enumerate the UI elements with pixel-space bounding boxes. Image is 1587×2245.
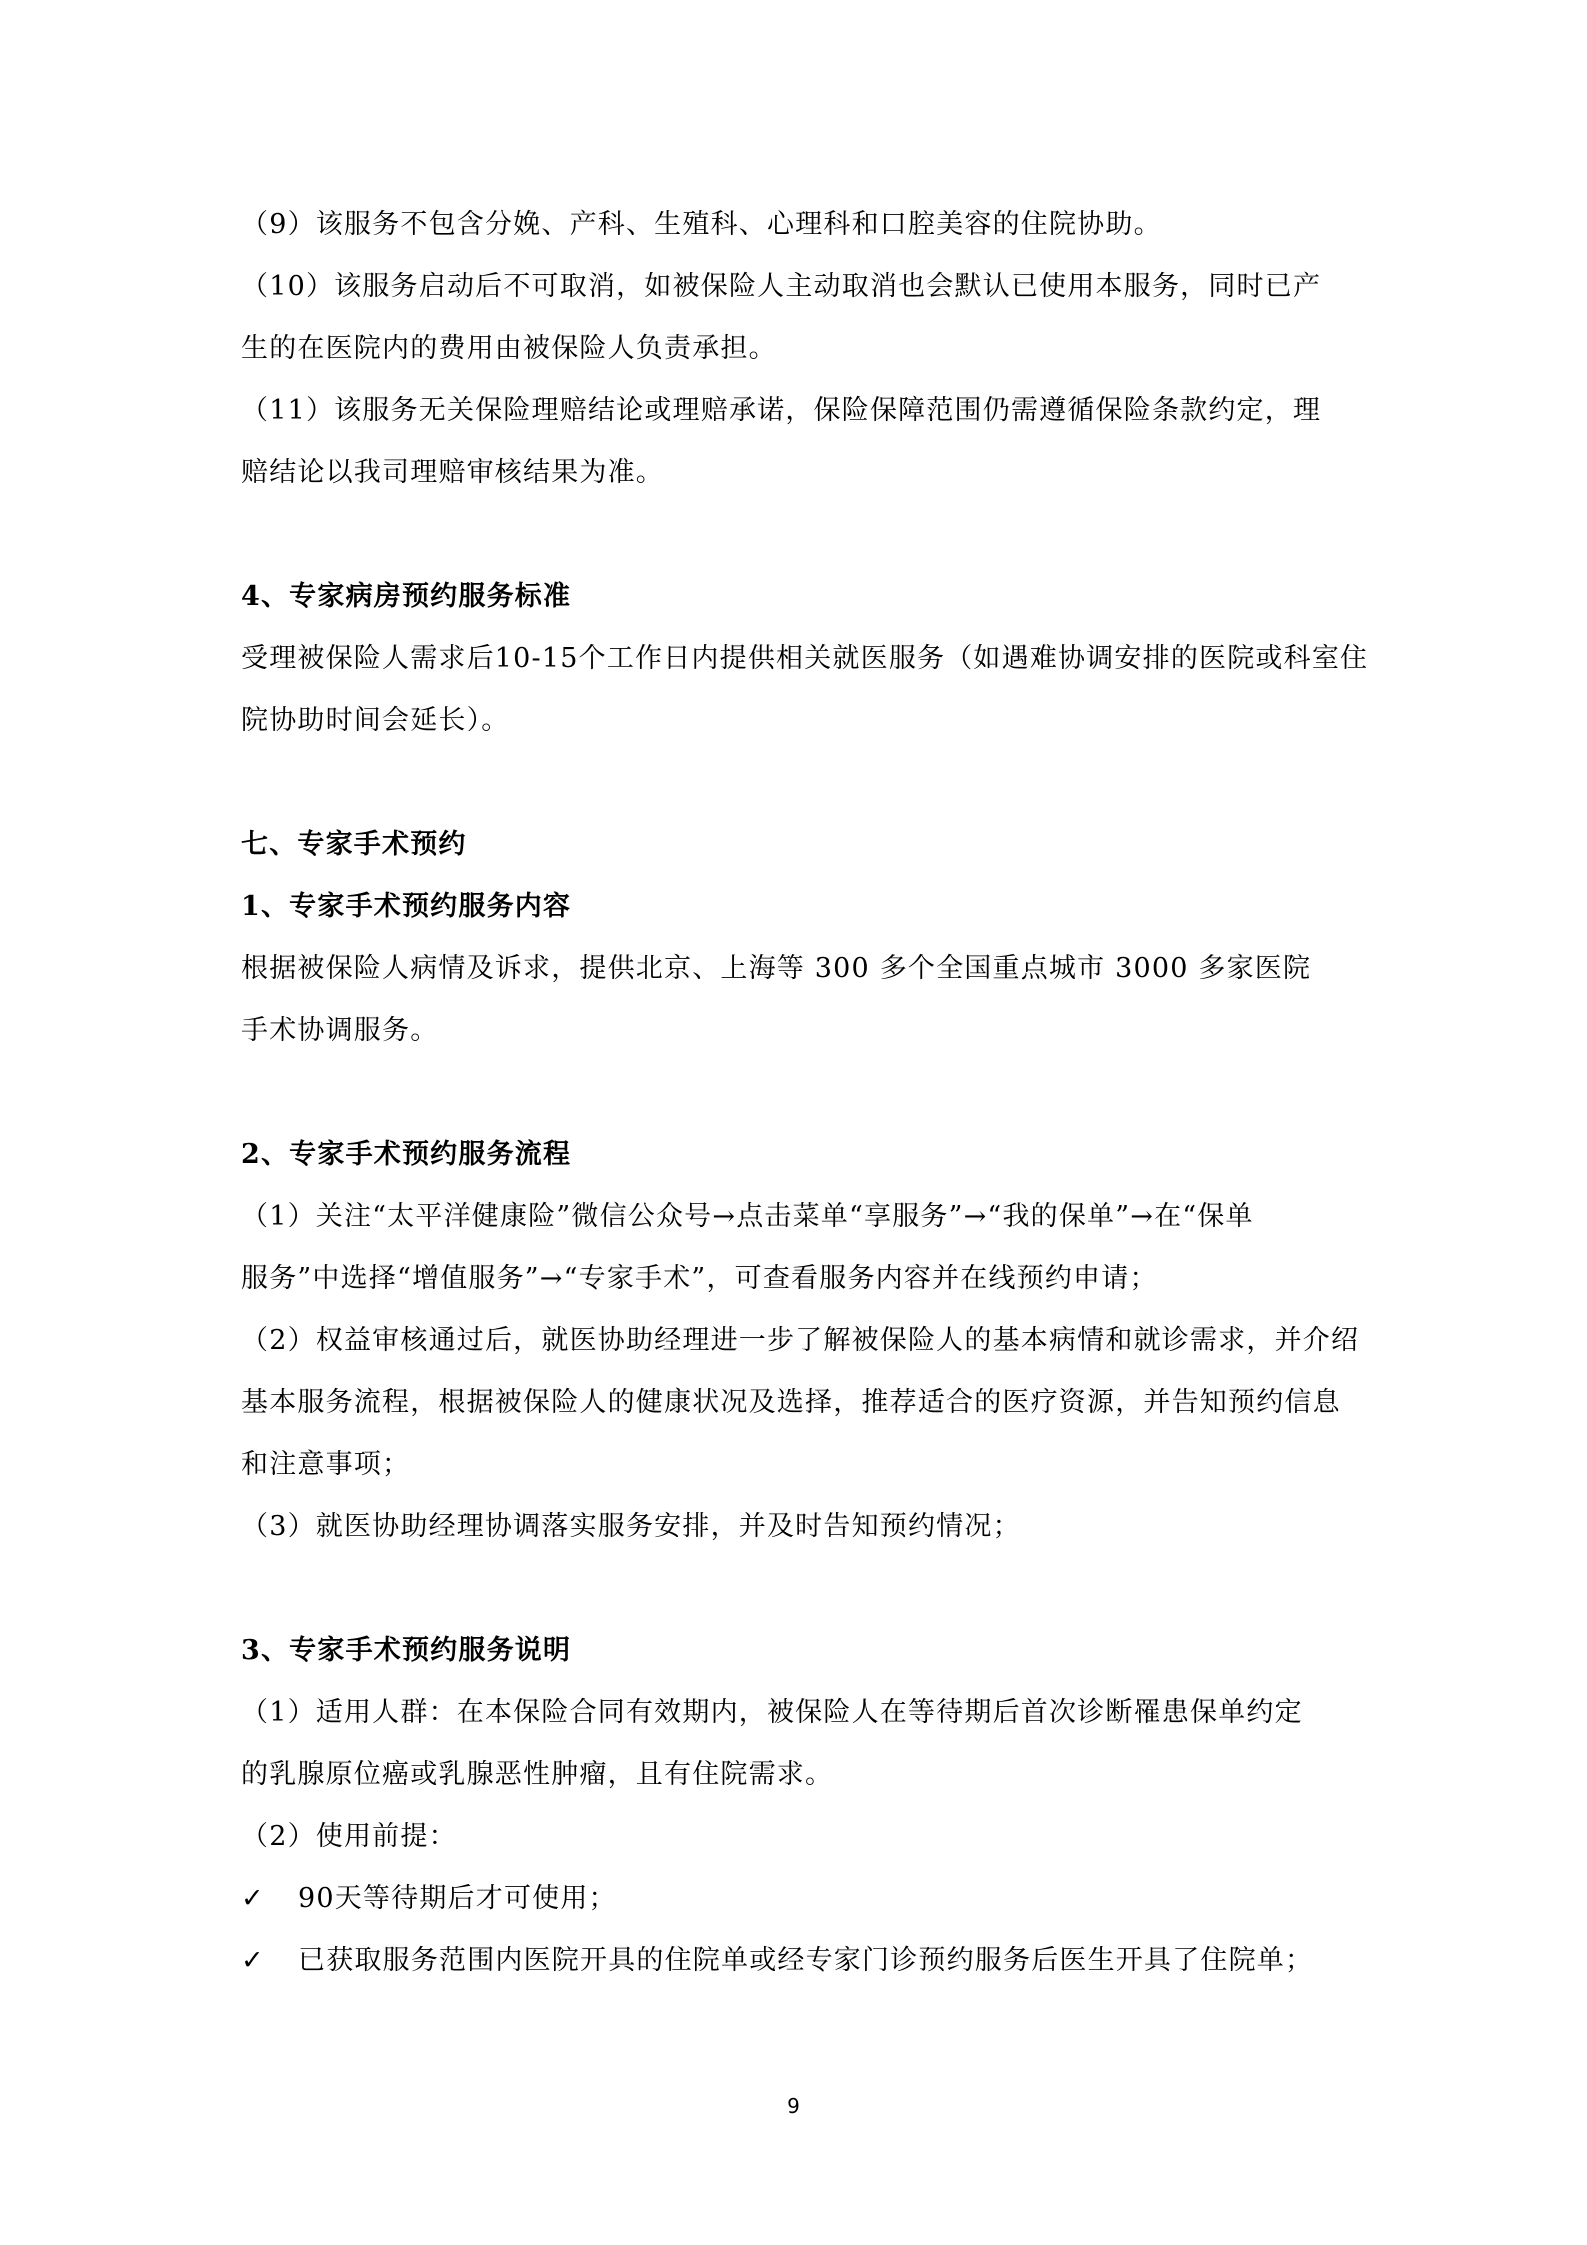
paragraph-item-9: （9）该服务不包含分娩、产科、生殖科、心理科和口腔美容的住院协助。 (241, 207, 1351, 243)
paragraph-notes-1-cont: 的乳腺原位癌或乳腺恶性肿瘤，且有住院需求。 (241, 1757, 1351, 1793)
paragraph-process-2-cont: 基本服务流程，根据被保险人的健康状况及选择，推荐适合的医疗资源，并告知预约信息 (241, 1385, 1351, 1421)
page-number: 9 (0, 2094, 1587, 2118)
checkmark-icon: ✓ (241, 1943, 264, 1979)
paragraph-ward-standard: 受理被保险人需求后10-15个工作日内提供相关就医服务（如遇难协调安排的医院或科… (241, 641, 1351, 677)
paragraph-process-1-cont: 服务”中选择“增值服务”→“专家手术”，可查看服务内容并在线预约申请； (241, 1261, 1351, 1297)
section-heading-surgery-notes: 3、专家手术预约服务说明 (241, 1633, 1351, 1669)
paragraph-process-1: （1）关注“太平洋健康险”微信公众号→点击菜单“享服务”→“我的保单”→在“保单 (241, 1199, 1351, 1235)
paragraph-surgery-content: 根据被保险人病情及诉求，提供北京、上海等 300 多个全国重点城市 3000 多… (241, 951, 1351, 987)
checkmark-icon: ✓ (241, 1881, 264, 1917)
paragraph-item-11: （11）该服务无关保险理赔结论或理赔承诺，保险保障范围仍需遵循保险条款约定，理 (241, 393, 1351, 429)
paragraph-process-2: （2）权益审核通过后，就医协助经理进一步了解被保险人的基本病情和就诊需求，并介绍 (241, 1323, 1351, 1359)
paragraph-item-10-cont: 生的在医院内的费用由被保险人负责承担。 (241, 331, 1351, 367)
paragraph-surgery-content-cont: 手术协调服务。 (241, 1013, 1351, 1049)
paragraph-process-2-cont2: 和注意事项； (241, 1447, 1351, 1483)
section-heading-surgery-content: 1、专家手术预约服务内容 (241, 889, 1351, 925)
paragraph-process-3: （3）就医协助经理协调落实服务安排，并及时告知预约情况； (241, 1509, 1351, 1545)
paragraph-item-11-cont: 赔结论以我司理赔审核结果为准。 (241, 455, 1351, 491)
paragraph-ward-standard-cont: 院协助时间会延长）。 (241, 703, 1351, 739)
checklist-item: 90天等待期后才可使用； (298, 1881, 1408, 1917)
paragraph-item-10: （10）该服务启动后不可取消，如被保险人主动取消也会默认已使用本服务，同时已产 (241, 269, 1351, 305)
paragraph-notes-1: （1）适用人群：在本保险合同有效期内，被保险人在等待期后首次诊断罹患保单约定 (241, 1695, 1351, 1731)
paragraph-notes-2: （2）使用前提： (241, 1819, 1351, 1855)
section-heading-surgery-process: 2、专家手术预约服务流程 (241, 1137, 1351, 1173)
document-page: （9）该服务不包含分娩、产科、生殖科、心理科和口腔美容的住院协助。 （10）该服… (0, 0, 1587, 2245)
checklist-item: 已获取服务范围内医院开具的住院单或经专家门诊预约服务后医生开具了住院单； (298, 1943, 1408, 1979)
section-heading-ward-standard: 4、专家病房预约服务标准 (241, 579, 1351, 615)
chapter-heading-surgery: 七、专家手术预约 (241, 827, 1351, 863)
